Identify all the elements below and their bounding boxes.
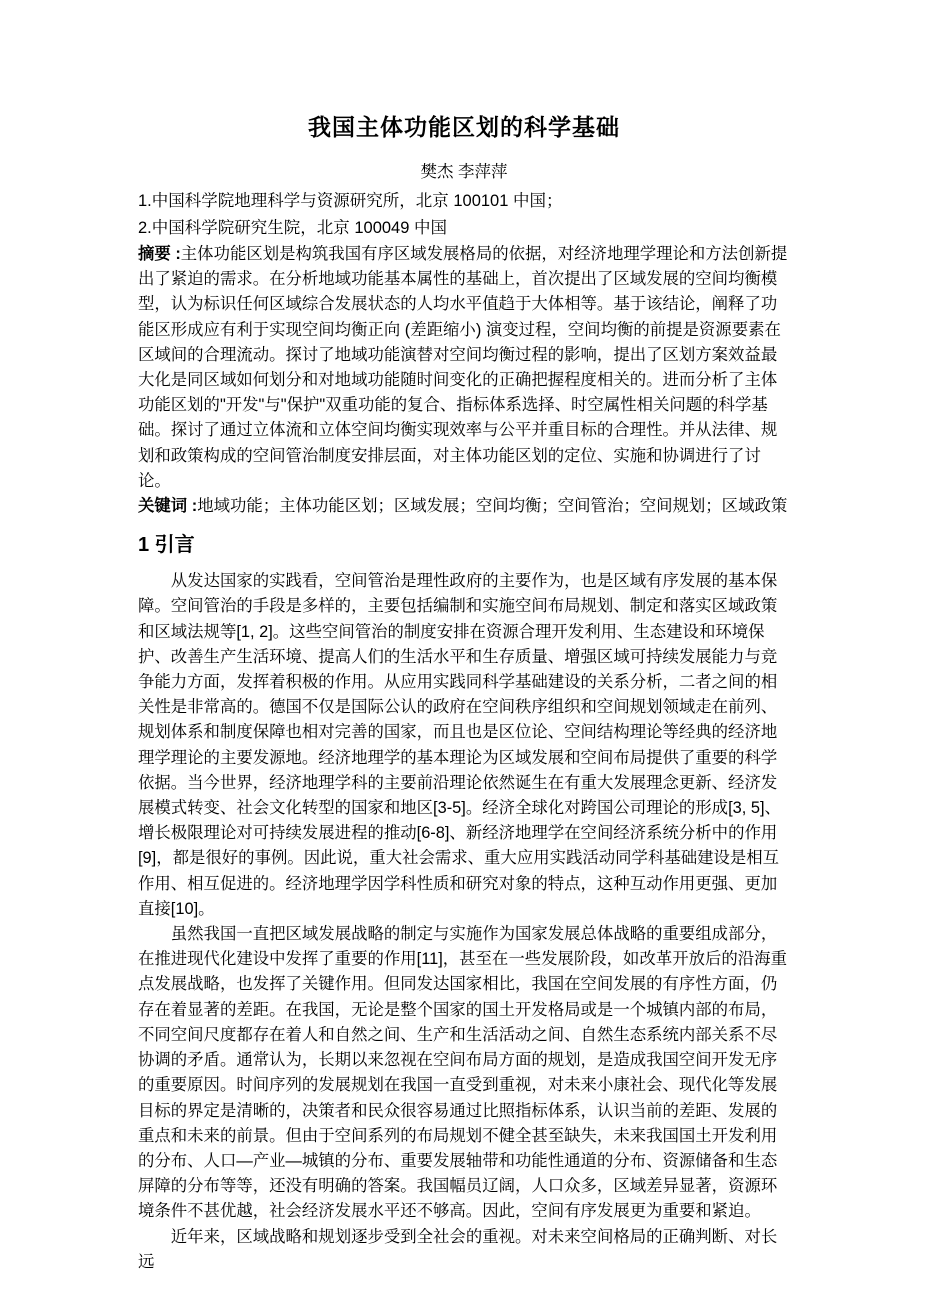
keywords-label: 关键词 : [138, 497, 197, 515]
abstract-paragraph: 摘要 :主体功能区划是构筑我国有序区域发展格局的依据，对经济地理学理论和方法创新… [138, 242, 790, 494]
abstract-label: 摘要 : [138, 245, 181, 263]
body-paragraph-2: 虽然我国一直把区域发展战略的制定与实施作为国家发展总体战略的重要组成部分，在推进… [138, 922, 790, 1224]
paper-page: 我国主体功能区划的科学基础 樊杰 李萍萍 1.中国科学院地理科学与资源研究所，北… [0, 0, 926, 1309]
abstract-text: 主体功能区划是构筑我国有序区域发展格局的依据，对经济地理学理论和方法创新提出了紧… [138, 245, 787, 490]
page-title: 我国主体功能区划的科学基础 [138, 110, 790, 144]
body-paragraph-1: 从发达国家的实践看，空间管治是理性政府的主要作为，也是区域有序发展的基本保障。空… [138, 569, 790, 922]
keywords-text: 地域功能；主体功能区划；区域发展；空间均衡；空间管治；空间规划；区域政策 [197, 497, 787, 515]
affiliation-line-2: 2.中国科学院研究生院，北京 100049 中国 [138, 215, 790, 242]
body-paragraph-3: 近年来，区域战略和规划逐步受到全社会的重视。对未来空间格局的正确判断、对长远 [138, 1225, 790, 1275]
affiliation-line-1: 1.中国科学院地理科学与资源研究所，北京 100101 中国； [138, 188, 790, 215]
authors-line: 樊杰 李萍萍 [138, 160, 790, 184]
section-heading-introduction: 1 引言 [138, 531, 790, 559]
keywords-paragraph: 关键词 :地域功能；主体功能区划；区域发展；空间均衡；空间管治；空间规划；区域政… [138, 494, 790, 519]
